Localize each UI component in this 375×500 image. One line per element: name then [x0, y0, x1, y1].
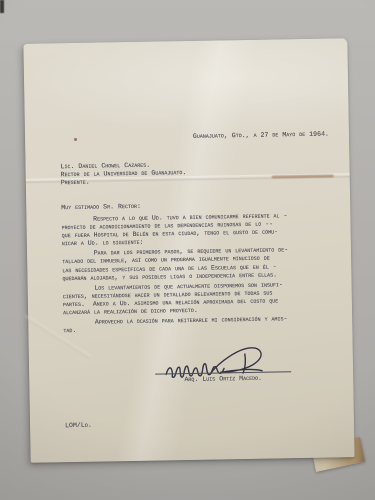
recipient-presente: Presente.	[61, 177, 187, 187]
letter-body: Respecto a lo que Ud. tuvo a bien comuni…	[61, 211, 341, 337]
paragraph-2: Para dar los primeros pasos, se requiere…	[62, 246, 341, 283]
photo-edge-smudge	[0, 0, 4, 13]
signatory-name: Arq. Luis Ortíz Macedo.	[155, 374, 291, 383]
letter-paper: Guanajuato, Gto., a 27 de Mayo de 1964. …	[23, 38, 354, 463]
recipient-block: Lic. Daniel Chowel Cazares. Rector de la…	[60, 161, 186, 187]
letter-photo: Guanajuato, Gto., a 27 de Mayo de 1964. …	[0, 0, 375, 500]
reference-initials: LOM/Lo.	[65, 422, 92, 429]
paper-spot	[74, 138, 77, 141]
dateline: Guanajuato, Gto., a 27 de Mayo de 1964.	[193, 131, 329, 140]
paragraph-3: Los levantamientos de que actualmente di…	[63, 280, 342, 317]
paragraph-1: Respecto a lo que Ud. tuvo a bien comuni…	[61, 211, 340, 248]
paragraph-4: Aprovecho la ocasión para reiterarle mi …	[63, 314, 341, 335]
salutation: Muy estimado Sr. Rector:	[61, 203, 141, 211]
